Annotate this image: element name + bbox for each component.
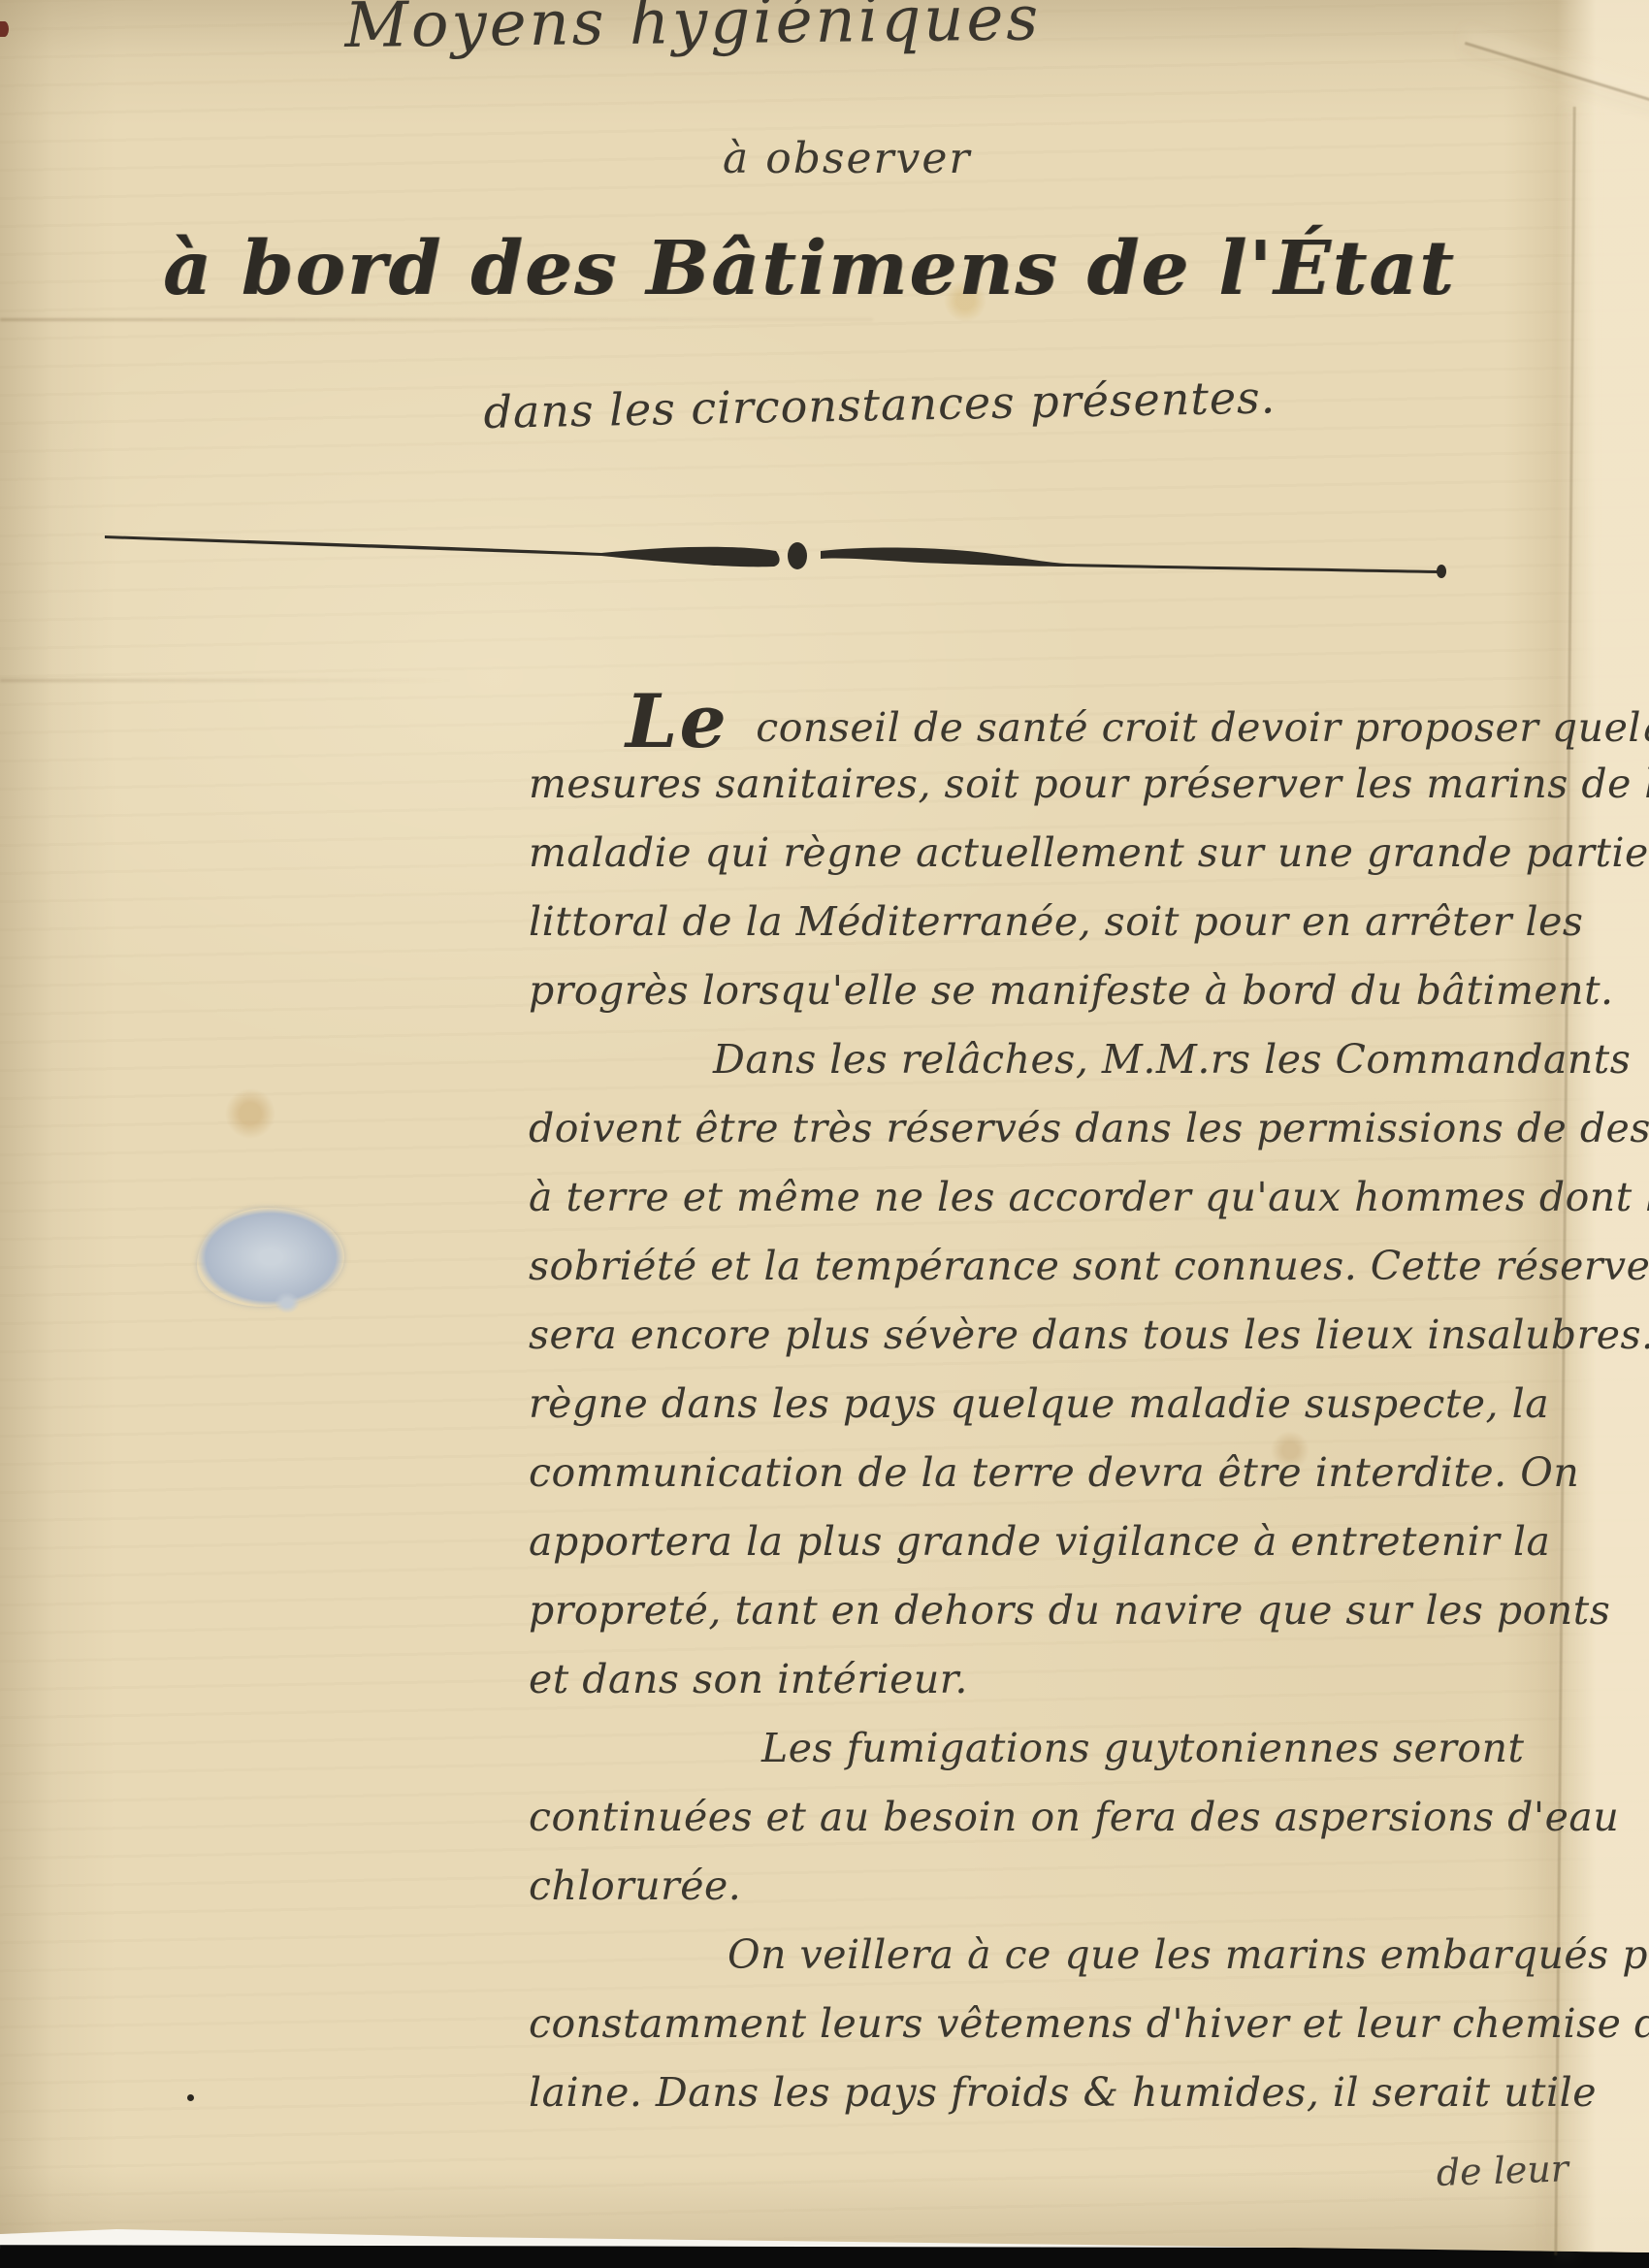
wax-stain-dot (275, 1292, 300, 1313)
text-line: sera encore plus sévère dans tous les li… (529, 1301, 1634, 1370)
scanned-manuscript-page: Moyens hygiéniques à observer à bord des… (0, 0, 1649, 2268)
text-line: doivent être très réservés dans les perm… (529, 1094, 1634, 1163)
text-line: laine. Dans les pays froids & humides, i… (529, 2058, 1634, 2127)
text-line: et dans son intérieur. (529, 1645, 1634, 1714)
text-line: Le conseil de santé croit devoir propose… (529, 681, 1634, 750)
document-title-line1: Moyens hygiéniques (344, 0, 1042, 62)
text-line: à terre et même ne les accorder qu'aux h… (529, 1163, 1634, 1232)
text-line-rest: conseil de santé croit devoir proposer q… (756, 704, 1649, 751)
text-line: maladie qui règne actuellement sur une g… (529, 819, 1634, 888)
text-line: Dans les relâches, M.M.rs les Commandant… (529, 1025, 1634, 1094)
text-line: On veillera à ce que les marins embarqué… (529, 1921, 1634, 1990)
document-title-line2: à observer (723, 134, 971, 183)
catchword: de leur (1436, 2147, 1569, 2194)
text-line: apportera la plus grande vigilance à ent… (529, 1507, 1634, 1576)
text-line: propreté, tant en dehors du navire que s… (529, 1576, 1634, 1645)
text-line: littoral de la Méditerranée, soit pour e… (529, 888, 1634, 956)
text-line: progrès lorsqu'elle se manifeste à bord … (529, 956, 1634, 1025)
text-line: sobriété et la tempérance sont connues. … (529, 1232, 1634, 1301)
text-line: communication de la terre devra être int… (529, 1439, 1634, 1507)
ink-speck (187, 2094, 194, 2101)
document-title-line3: à bord des Bâtimens de l'État (163, 225, 1456, 312)
text-line: constamment leurs vêtemens d'hiver et le… (529, 1990, 1634, 2058)
text-line: règne dans les pays quelque maladie susp… (529, 1370, 1634, 1439)
edge-mark (0, 21, 9, 37)
text-line: continuées et au besoin on fera des aspe… (529, 1783, 1634, 1852)
drop-initial: Le (626, 678, 756, 764)
text-line: Les fumigations guytoniennes seront (529, 1714, 1634, 1783)
divider-flourish (97, 510, 1455, 588)
document-body: Le conseil de santé croit devoir propose… (529, 681, 1634, 2127)
text-line: chlorurée. (529, 1852, 1634, 1921)
